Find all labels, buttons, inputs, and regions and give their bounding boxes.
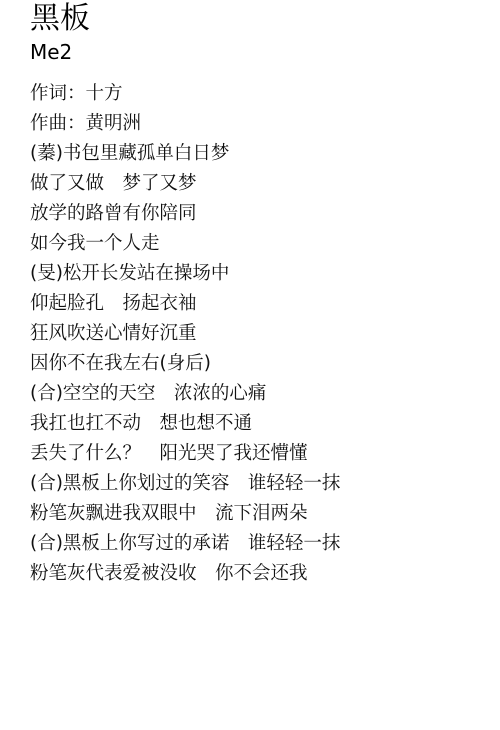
lyric-line: 仰起脸孔 扬起衣袖 [30, 289, 500, 319]
lyric-line-lyricist: 作词：十方 [30, 79, 500, 109]
lyric-line: 放学的路曾有你陪同 [30, 199, 500, 229]
lyric-line: (合)黑板上你写过的承诺 谁轻轻一抹 [30, 529, 500, 559]
lyric-line: (合)空空的天空 浓浓的心痛 [30, 379, 500, 409]
lyric-line: 如今我一个人走 [30, 229, 500, 259]
song-title: 黑板 [30, 0, 500, 38]
lyric-line: (蓁)书包里藏孤单白日梦 [30, 139, 500, 169]
song-artist: Me2 [30, 39, 500, 65]
lyric-line-composer: 作曲：黄明洲 [30, 109, 500, 139]
lyric-line: 因你不在我左右(身后) [30, 349, 500, 379]
lyric-line: 我扛也扛不动 想也想不通 [30, 409, 500, 439]
lyric-line: 粉笔灰飘进我双眼中 流下泪两朵 [30, 499, 500, 529]
lyric-line: 丢失了什么？ 阳光哭了我还懵懂 [30, 439, 500, 469]
lyric-line: 粉笔灰代表爱被没收 你不会还我 [30, 559, 500, 589]
lyric-line: (合)黑板上你划过的笑容 谁轻轻一抹 [30, 469, 500, 499]
lyric-line: (旻)松开长发站在操场中 [30, 259, 500, 289]
lyric-line: 狂风吹送心情好沉重 [30, 319, 500, 349]
lyrics-page: 黑板 Me2 作词：十方 作曲：黄明洲 (蓁)书包里藏孤单白日梦 做了又做 梦了… [30, 0, 500, 589]
lyrics-list: 作词：十方 作曲：黄明洲 (蓁)书包里藏孤单白日梦 做了又做 梦了又梦 放学的路… [30, 79, 500, 589]
lyric-line: 做了又做 梦了又梦 [30, 169, 500, 199]
